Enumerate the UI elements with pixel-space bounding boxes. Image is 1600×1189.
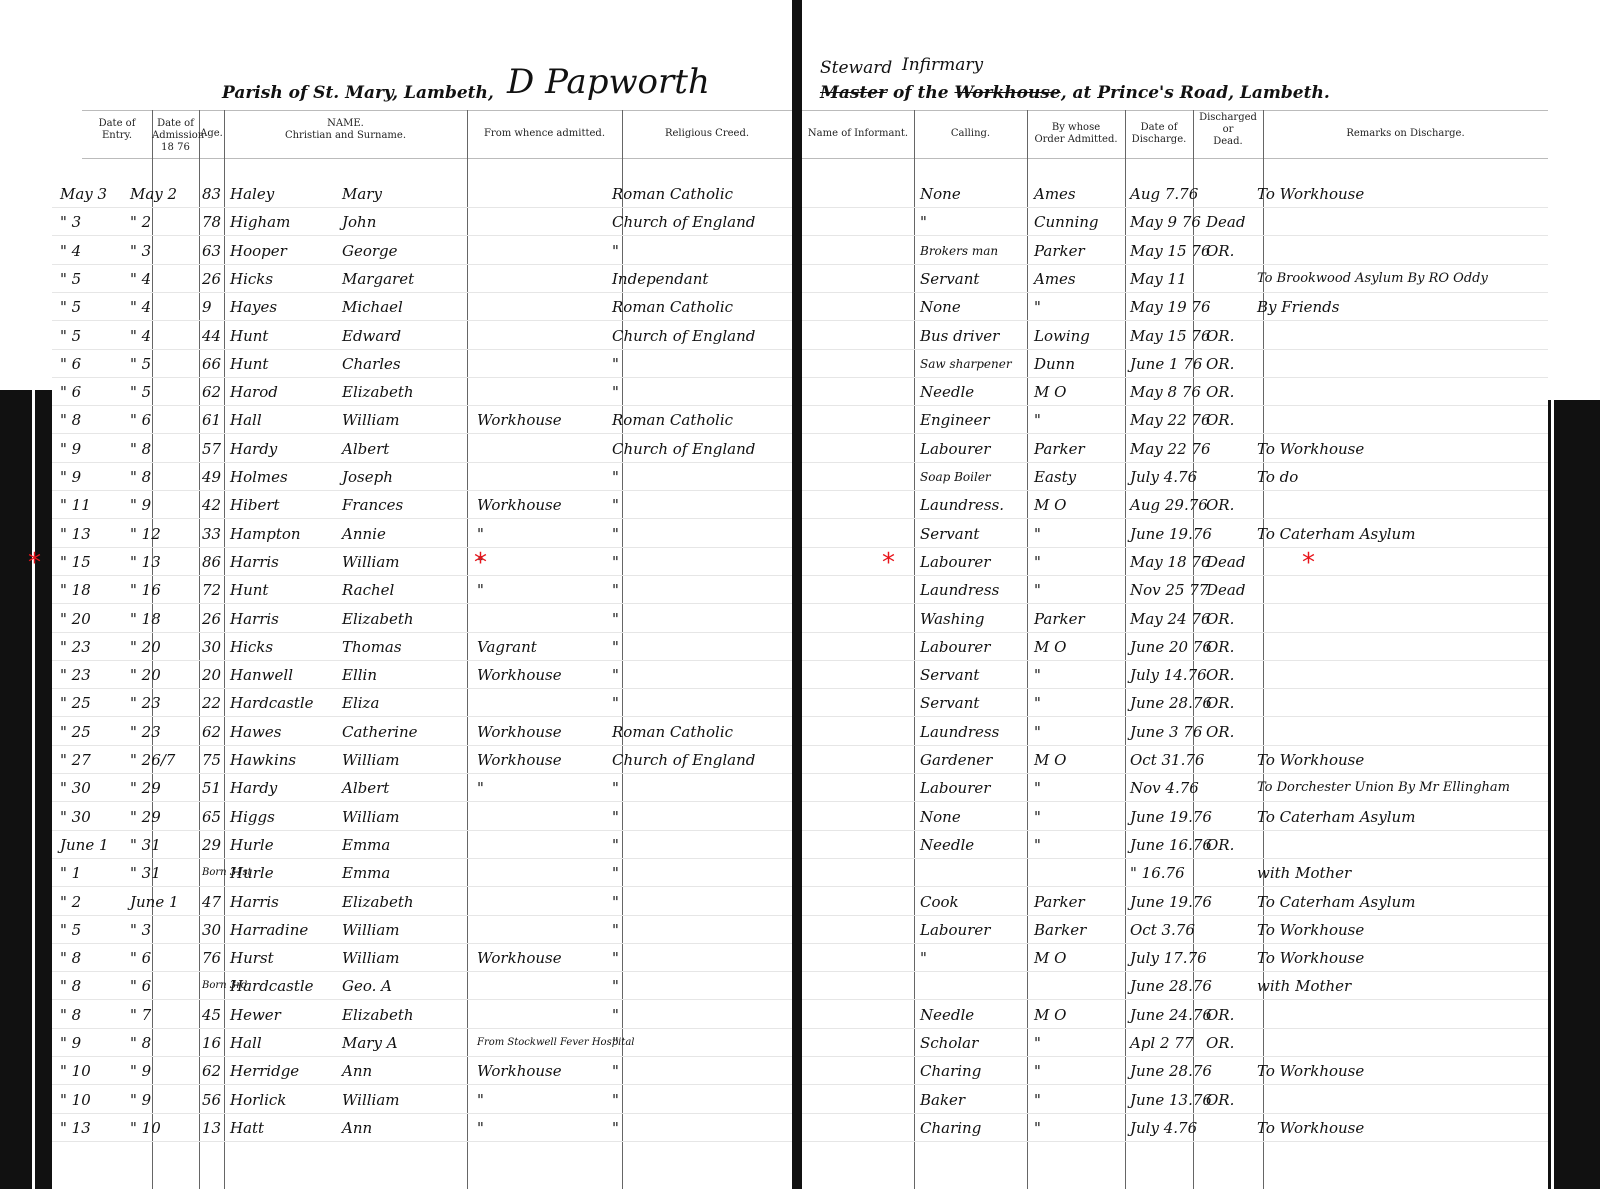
ordered-by: " [1034,1029,1041,1057]
table-row: " 30" 2951HardyAlbert"" [52,774,792,802]
forename: Ann [342,1114,372,1142]
forename: Mary [342,180,382,208]
discharge-date: May 15 76 [1130,237,1211,265]
col-header-remarks: Remarks on Discharge. [1263,128,1548,140]
table-row: "CunningMay 9 76Dead [802,208,1548,236]
surname: Higham [230,208,290,236]
forename: Eliza [342,689,379,717]
religious-creed: Roman Catholic [612,406,733,434]
discharge-date: June 20 76 [1130,633,1212,661]
ordered-by: " [1034,520,1041,548]
admission-date: June 1 [130,888,179,916]
remarks: To Workhouse [1257,1114,1364,1142]
table-row: " 5" 426HicksMargaretIndependant [52,265,792,293]
age: 86 [202,548,221,576]
col-header-creed: Religious Creed. [622,128,792,140]
discharge-date: July 17.76 [1130,944,1207,972]
table-row: Soap BoilerEastyJuly 4.76To do [802,463,1548,491]
age: 62 [202,718,221,746]
from-whence: " [477,1114,484,1142]
table-row: Servant"June 19.76To Caterham Asylum [802,520,1548,548]
religious-creed: " [612,350,619,378]
calling: " [920,944,927,972]
surname: Hardcastle [230,689,314,717]
table-row: " 4" 363HooperGeorge" [52,237,792,265]
remarks: To Workhouse [1257,916,1364,944]
discharge-date: May 22 76 [1130,406,1211,434]
table-row: " 27" 26/775HawkinsWilliamWorkhouseChurc… [52,746,792,774]
discharge-date: June 19.76 [1130,520,1212,548]
ordered-by: Parker [1034,605,1085,633]
table-row: " 10" 956HorlickWilliam"" [52,1086,792,1114]
from-whence: " [477,576,484,604]
religious-creed: Church of England [612,435,755,463]
table-row: " 6" 566HuntCharles" [52,350,792,378]
table-row: LabourerM OJune 20 76OR. [802,633,1548,661]
table-row: " 18" 1672HuntRachel"" [52,576,792,604]
admission-date: " 6 [130,944,151,972]
table-row: NeedleM OMay 8 76OR. [802,378,1548,406]
ordered-by: Parker [1034,435,1085,463]
calling: Scholar [920,1029,978,1057]
table-row: May 3May 283HaleyMaryRoman Catholic [52,180,792,208]
ordered-by: Ames [1034,265,1076,293]
age: 42 [202,491,221,519]
admission-date: " 16 [130,576,161,604]
calling: Laundress [920,718,999,746]
table-row: " 3" 278HighamJohnChurch of England [52,208,792,236]
admission-date: " 9 [130,491,151,519]
admission-date: " 5 [130,350,151,378]
surname: Horlick [230,1086,286,1114]
surname: Hurle [230,859,274,887]
admission-date: " 4 [130,322,151,350]
forename: Joseph [342,463,393,491]
ordered-by: Dunn [1034,350,1075,378]
table-row: " 8" 676HurstWilliamWorkhouse" [52,944,792,972]
discharge-date: June 28.76 [1130,1057,1212,1085]
religious-creed: " [612,803,619,831]
from-whence: Vagrant [477,633,537,661]
entry-date: June 1 [60,831,109,859]
discharge-date: July 4.76 [1130,1114,1197,1142]
remarks: To do [1257,463,1298,491]
red-asterisk-icon: * [1302,550,1315,576]
forename: Michael [342,293,403,321]
religious-creed: " [612,774,619,802]
forename: Edward [342,322,401,350]
discharge-status: OR. [1206,633,1234,661]
remarks: By Friends [1257,293,1339,321]
admission-date: " 9 [130,1057,151,1085]
from-whence: Workhouse [477,944,562,972]
forename: Annie [342,520,386,548]
table-row: " 25" 2362HawesCatherineWorkhouseRoman C… [52,718,792,746]
discharge-date: May 8 76 [1130,378,1201,406]
entry-date: " 8 [60,406,81,434]
calling: Labourer [920,548,990,576]
infirmary-annotation: Infirmary [902,55,983,75]
age: 44 [202,322,221,350]
age: 30 [202,633,221,661]
from-whence: Workhouse [477,406,562,434]
red-asterisk-icon: * [474,550,487,576]
entry-date: " 9 [60,435,81,463]
ordered-by: Easty [1034,463,1076,491]
discharge-date: May 19 76 [1130,293,1211,321]
age: 13 [202,1114,221,1142]
age: 83 [202,180,221,208]
table-row: Laundress"June 3 76OR. [802,718,1548,746]
calling: Needle [920,831,974,859]
admission-date: " 7 [130,1001,151,1029]
table-row: " 8" 6Born 3rdHardcastleGeo. A" [52,972,792,1000]
entry-date: " 10 [60,1086,91,1114]
religious-creed: Roman Catholic [612,180,733,208]
red-asterisk-icon: * [28,550,41,576]
table-row: Labourer"May 18 76Dead [802,548,1548,576]
age: 29 [202,831,221,859]
table-row: Brokers manParkerMay 15 76OR. [802,237,1548,265]
age: 9 [202,293,212,321]
remarks: To Caterham Asylum [1257,803,1415,831]
ordered-by: " [1034,718,1041,746]
discharge-date: June 19.76 [1130,803,1212,831]
table-row: " 1" 31Born 31stHurleEmma" [52,859,792,887]
remarks: To Workhouse [1257,180,1364,208]
age: 72 [202,576,221,604]
age: 57 [202,435,221,463]
discharge-date: June 19.76 [1130,888,1212,916]
religious-creed: " [612,520,619,548]
ordered-by: Ames [1034,180,1076,208]
forename: Charles [342,350,401,378]
surname: Hardcastle [230,972,314,1000]
age: 75 [202,746,221,774]
discharge-date: July 4.76 [1130,463,1197,491]
ordered-by: M O [1034,491,1066,519]
admission-date: " 8 [130,435,151,463]
calling: Baker [920,1086,965,1114]
entry-date: " 1 [60,859,81,887]
forename: Geo. A [342,972,392,1000]
ordered-by: " [1034,803,1041,831]
table-row: " 5" 49HayesMichaelRoman Catholic [52,293,792,321]
admission-date: " 4 [130,293,151,321]
religious-creed: Independant [612,265,708,293]
discharge-status: OR. [1206,831,1234,859]
discharge-status: OR. [1206,1086,1234,1114]
age: 56 [202,1086,221,1114]
entry-date: " 25 [60,689,91,717]
religious-creed: " [612,1086,619,1114]
discharge-date: Aug 29.76 [1130,491,1208,519]
age: 65 [202,803,221,831]
religious-creed: Church of England [612,208,755,236]
from-whence: " [477,774,484,802]
table-row: " 30" 2965HiggsWilliam" [52,803,792,831]
entry-date: " 23 [60,661,91,689]
admission-date: " 8 [130,463,151,491]
forename: William [342,548,400,576]
discharge-status: OR. [1206,689,1234,717]
ordered-by: " [1034,774,1041,802]
discharge-date: Oct 3.76 [1130,916,1195,944]
surname: Hewer [230,1001,281,1029]
religious-creed: " [612,1057,619,1085]
forename: Thomas [342,633,402,661]
discharge-status: OR. [1206,350,1234,378]
discharge-date: June 28.76 [1130,689,1212,717]
table-row: NeedleM OJune 24.76OR. [802,1001,1548,1029]
forename: Ann [342,1057,372,1085]
surname: Haley [230,180,274,208]
col-header-entry: Date of Entry. [82,118,152,142]
discharge-date: June 16.76 [1130,831,1212,859]
discharge-date: June 28.76 [1130,972,1212,1000]
calling: Labourer [920,916,990,944]
table-row: GardenerM OOct 31.76To Workhouse [802,746,1548,774]
entry-date: " 18 [60,576,91,604]
admission-date: " 6 [130,972,151,1000]
ordered-by: Cunning [1034,208,1099,236]
entry-date: " 9 [60,463,81,491]
remarks: with Mother [1257,859,1351,887]
table-row: " 16.76with Mother [802,859,1548,887]
admission-date: " 3 [130,237,151,265]
admission-date: " 20 [130,661,161,689]
table-row: Charing"June 28.76To Workhouse [802,1057,1548,1085]
admission-date: " 9 [130,1086,151,1114]
religious-creed: " [612,689,619,717]
calling: Laundress. [920,491,1004,519]
surname: Harris [230,605,279,633]
admission-date: " 6 [130,406,151,434]
admission-date: " 31 [130,859,161,887]
discharge-status: OR. [1206,322,1234,350]
religious-creed: " [612,1001,619,1029]
age: 49 [202,463,221,491]
calling: Soap Boiler [920,463,991,491]
surname: Hicks [230,265,273,293]
discharge-status: OR. [1206,661,1234,689]
surname: Hurst [230,944,274,972]
book-spine [792,0,802,1189]
admission-date: " 2 [130,208,151,236]
forename: Rachel [342,576,394,604]
surname: Harradine [230,916,308,944]
table-row: " 2June 147HarrisElizabeth" [52,888,792,916]
ordered-by: M O [1034,944,1066,972]
entry-date: May 3 [60,180,107,208]
religious-creed: " [612,972,619,1000]
from-whence: " [477,520,484,548]
age: 66 [202,350,221,378]
admission-date: " 3 [130,916,151,944]
ordered-by: " [1034,576,1041,604]
table-row: " 23" 2030HicksThomasVagrant" [52,633,792,661]
ordered-by: " [1034,293,1041,321]
table-row: " 15" 1386HarrisWilliam"" [52,548,792,576]
surname: Hicks [230,633,273,661]
forename: John [342,208,376,236]
forename: William [342,803,400,831]
age: 62 [202,378,221,406]
ordered-by: " [1034,831,1041,859]
table-row: Laundress.M OAug 29.76OR. [802,491,1548,519]
discharge-status: OR. [1206,378,1234,406]
entry-date: " 27 [60,746,91,774]
row-rule [52,1141,792,1142]
table-row: " 9" 849HolmesJoseph" [52,463,792,491]
surname: Hawkins [230,746,296,774]
table-row: Servant"June 28.76OR. [802,689,1548,717]
surname: Hunt [230,322,268,350]
entry-date: " 23 [60,633,91,661]
table-row: " 20" 1826HarrisElizabeth" [52,605,792,633]
discharge-date: Nov 4.76 [1130,774,1199,802]
calling: Laundress [920,576,999,604]
surname: Hooper [230,237,287,265]
book-edge-left [0,390,52,1189]
forename: Frances [342,491,403,519]
ordered-by: " [1034,661,1041,689]
age: 51 [202,774,221,802]
from-whence: Workhouse [477,1057,562,1085]
book-edge-right [1548,400,1600,1189]
table-row: " 5" 330HarradineWilliam" [52,916,792,944]
surname: Harris [230,548,279,576]
calling: Servant [920,689,979,717]
entry-date: " 11 [60,491,91,519]
religious-creed: " [612,576,619,604]
entry-date: " 8 [60,972,81,1000]
table-row: June 28.76with Mother [802,972,1548,1000]
admission-date: May 2 [130,180,177,208]
age: 20 [202,661,221,689]
admission-date: " 10 [130,1114,161,1142]
table-row: Charing"July 4.76To Workhouse [802,1114,1548,1142]
ordered-by: " [1034,548,1041,576]
forename: Albert [342,435,389,463]
admission-date: " 23 [130,689,161,717]
religious-creed: " [612,944,619,972]
religious-creed: " [612,888,619,916]
table-row: " 8" 745HewerElizabeth" [52,1001,792,1029]
table-row: "M OJuly 17.76To Workhouse [802,944,1548,972]
remarks: with Mother [1257,972,1351,1000]
table-row: Servant"July 14.76OR. [802,661,1548,689]
remarks: To Dorchester Union By Mr Ellingham [1257,774,1510,802]
forename: Emma [342,859,390,887]
surname: Hurle [230,831,274,859]
ordered-by: " [1034,406,1041,434]
table-row: " 11" 942HibertFrancesWorkhouse" [52,491,792,519]
register-left-page: Parish of St. Mary, Lambeth, D Papworth … [52,0,792,1189]
admission-date: " 29 [130,803,161,831]
entry-date: " 8 [60,1001,81,1029]
col-header-status: Discharged or Dead. [1193,112,1263,148]
age: 33 [202,520,221,548]
surname: Hanwell [230,661,293,689]
surname: Hunt [230,576,268,604]
table-row: None"June 19.76To Caterham Asylum [802,803,1548,831]
table-row: " 8" 661HallWilliamWorkhouseRoman Cathol… [52,406,792,434]
entry-date: " 5 [60,322,81,350]
entry-date: " 13 [60,1114,91,1142]
admission-date: " 29 [130,774,161,802]
col-header-name: NAME. Christian and Surname. [224,118,467,142]
discharge-date: May 22 76 [1130,435,1211,463]
remarks: To Brookwood Asylum By RO Oddy [1257,265,1488,293]
calling: None [920,293,961,321]
surname: Herridge [230,1057,299,1085]
ordered-by: Lowing [1034,322,1090,350]
table-row: Laundress"Nov 25 77Dead [802,576,1548,604]
surname: Hibert [230,491,280,519]
age: 16 [202,1029,221,1057]
ordered-by: " [1034,1086,1041,1114]
forename: Elizabeth [342,888,414,916]
surname: Higgs [230,803,275,831]
admission-date: " 18 [130,605,161,633]
discharge-date: May 9 76 [1130,208,1201,236]
admission-date: " 13 [130,548,161,576]
forename: Mary A [342,1029,398,1057]
forename: William [342,944,400,972]
entry-date: " 6 [60,378,81,406]
table-row: " 5" 444HuntEdwardChurch of England [52,322,792,350]
forename: William [342,1086,400,1114]
age: 63 [202,237,221,265]
remarks: To Workhouse [1257,435,1364,463]
surname: Hatt [230,1114,264,1142]
discharge-date: May 11 [1130,265,1187,293]
religious-creed: " [612,661,619,689]
entry-date: " 10 [60,1057,91,1085]
col-header-discharge-date: Date of Discharge. [1125,122,1193,146]
header-rule [82,110,792,111]
page-margin [0,0,52,390]
ordered-by: Barker [1034,916,1086,944]
discharge-date: Apl 2 77 [1130,1029,1193,1057]
calling: Saw sharpener [920,350,1012,378]
admission-date: " 23 [130,718,161,746]
discharge-date: June 24.76 [1130,1001,1212,1029]
surname: Hardy [230,774,277,802]
discharge-date: June 13.76 [1130,1086,1212,1114]
entry-date: " 6 [60,350,81,378]
entry-date: " 5 [60,265,81,293]
discharge-status: Dead [1206,576,1245,604]
calling: Cook [920,888,959,916]
ordered-by: " [1034,689,1041,717]
ordered-by: Parker [1034,888,1085,916]
forename: William [342,746,400,774]
forename: Ellin [342,661,377,689]
remarks: To Workhouse [1257,944,1364,972]
surname: Harod [230,378,278,406]
religious-creed: " [612,605,619,633]
age: 47 [202,888,221,916]
religious-creed: " [612,378,619,406]
religious-creed: " [612,237,619,265]
admission-date: " 31 [130,831,161,859]
table-row: Saw sharpenerDunnJune 1 76OR. [802,350,1548,378]
ordered-by: M O [1034,378,1066,406]
forename: Emma [342,831,390,859]
table-row: WashingParkerMay 24 76OR. [802,605,1548,633]
